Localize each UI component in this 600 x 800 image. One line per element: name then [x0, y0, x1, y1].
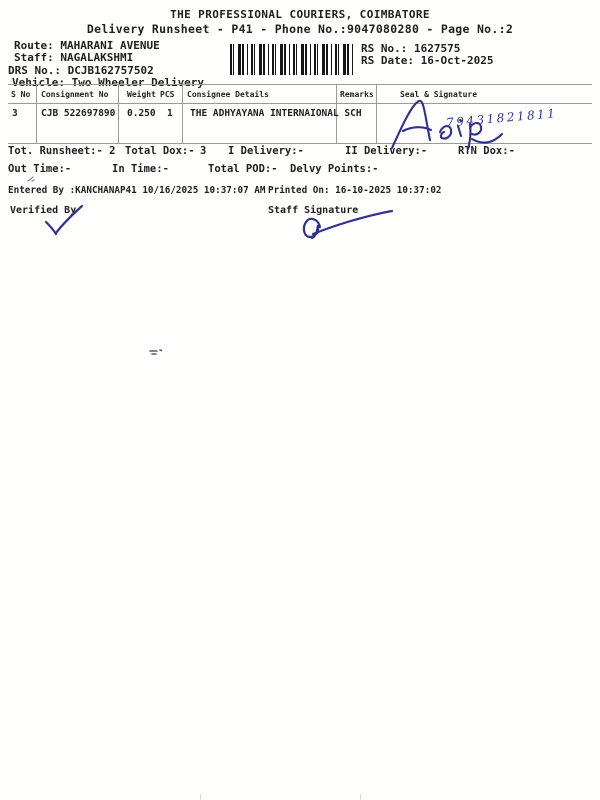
pcs-value: 1 [167, 108, 173, 119]
pen-dot-artifact [26, 175, 38, 183]
header-weight-pcs: Weight PCS [119, 85, 183, 103]
entered-by: Entered By :KANCHANAP41 10/16/2025 10:37… [8, 185, 265, 196]
tot-runsheet: Tot. Runsheet:- 2 [8, 145, 115, 157]
header-s-no: S No [8, 85, 37, 103]
header-label: Remarks [340, 90, 374, 99]
cell-s-no: 3 [8, 104, 37, 143]
header-remarks: Remarks [337, 85, 377, 103]
header-label-weight: Weight [127, 90, 156, 99]
staff-signature-scrawl [298, 206, 410, 248]
total-dox-label: Total Dox:- [125, 145, 195, 157]
header-label: S No [11, 90, 30, 99]
runsheet-barcode [230, 44, 354, 75]
consignee-value: THE ADHYAYANA INTERNAIONAL SCH [190, 108, 362, 119]
printed-on: Printed On: 16-10-2025 10:37:02 [268, 185, 442, 196]
total-pod: Total POD:- [208, 163, 278, 175]
header-consignee-details: Consignee Details [183, 85, 337, 103]
header-label: Consignment No [41, 90, 108, 99]
scan-artifact-line [360, 794, 361, 800]
runsheet-scan-page: THE PROFESSIONAL COURIERS, COIMBATORE De… [0, 0, 600, 800]
company-title: THE PROFESSIONAL COURIERS, COIMBATORE [0, 8, 600, 21]
delvy-points: Delvy Points:- [290, 163, 379, 175]
cell-consignee-details: THE ADHYAYANA INTERNAIONAL SCH [183, 104, 337, 143]
ink-smudge [148, 347, 166, 357]
cell-consignment-no: CJB 522697890 [37, 104, 119, 143]
weight-value: 0.250 [127, 108, 156, 119]
in-time: In Time:- [112, 163, 169, 175]
staff-field: Staff: NAGALAKSHMI [14, 51, 133, 64]
out-time: Out Time:- [8, 163, 71, 175]
verified-checkmark [32, 202, 88, 240]
runsheet-subtitle: Delivery Runsheet - P41 - Phone No.:9047… [0, 22, 600, 36]
i-delivery: I Delivery:- [228, 145, 304, 157]
header-label-pcs: PCS [160, 90, 174, 99]
cell-weight-pcs: 0.250 1 [119, 104, 183, 143]
scan-artifact-line [200, 794, 201, 800]
header-label: Consignee Details [187, 90, 269, 99]
s-no-value: 3 [12, 108, 18, 119]
header-consignment-no: Consignment No [37, 85, 119, 103]
consignment-no-value: CJB 522697890 [41, 108, 115, 119]
total-dox-value: 3 [200, 145, 206, 157]
rs-date-field: RS Date: 16-Oct-2025 [361, 54, 493, 67]
